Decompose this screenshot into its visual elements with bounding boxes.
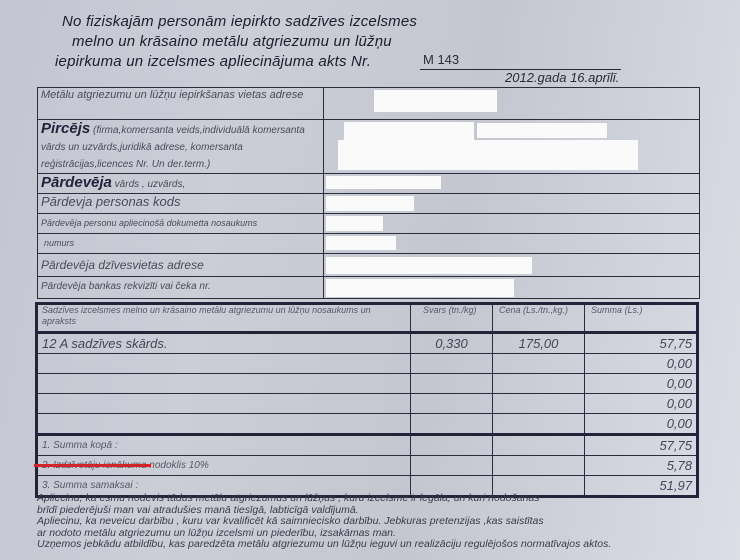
goods-row: 12 A sadzīves skārds. 0,330 175,00 57,75 <box>37 333 698 354</box>
header-sum: Summa (Ls.) <box>585 304 698 333</box>
info-row: Pārdevēja dzīvesvietas adrese <box>38 254 700 277</box>
declaration: Apliecinu, ka esmu nodevis tādus metālu … <box>37 493 737 551</box>
item-description <box>37 354 411 374</box>
item-weight <box>411 354 493 374</box>
item-description <box>37 394 411 414</box>
item-weight <box>411 374 493 394</box>
title-line: No fiziskajām personām iepirkto sadzīves… <box>40 12 440 32</box>
seller-heading: Pārdevēja <box>41 174 112 191</box>
item-description: 12 A sadzīves skārds. <box>37 333 411 354</box>
info-row: Pārdevja personas kods <box>38 194 700 214</box>
item-sum: 57,75 <box>585 333 698 354</box>
header-description: Sadzīves izcelsmes melno un krāsaino met… <box>37 304 411 333</box>
info-row: Pārdevēja vārds , uzvārds, <box>38 174 700 194</box>
item-price <box>493 354 585 374</box>
red-pen-underline <box>34 464 151 467</box>
act-number: M 143 <box>420 52 621 70</box>
title-line: iepirkuma un izcelsmes apliecinājuma akt… <box>40 52 440 72</box>
info-label: Pārdevēja personu apliecinošā dokumetta … <box>38 214 324 234</box>
info-value-redacted <box>324 254 700 277</box>
info-label: Pircējs (firma,komersanta veids,individu… <box>38 120 324 174</box>
item-description <box>37 414 411 435</box>
info-value-redacted <box>324 174 700 194</box>
goods-row: 0,00 <box>37 354 698 374</box>
info-value-redacted <box>324 214 700 234</box>
info-value-redacted <box>324 234 700 254</box>
item-sum: 0,00 <box>585 414 698 435</box>
goods-row: 0,00 <box>37 394 698 414</box>
goods-table: Sadzīves izcelsmes melno un krāsaino met… <box>35 302 699 498</box>
info-label: Metālu atgriezumu un lūžņu iepirkšanas v… <box>38 88 324 120</box>
goods-row: 0,00 <box>37 374 698 394</box>
declaration-line: Uzņemos jebkādu atbildību, kas paredzēta… <box>37 539 737 551</box>
header-weight: Svars (tn./kg) <box>411 304 493 333</box>
item-sum: 0,00 <box>585 394 698 414</box>
total-row: 1. Summa kopā : 57,75 <box>37 435 698 456</box>
item-price <box>493 374 585 394</box>
item-weight <box>411 394 493 414</box>
item-price <box>493 414 585 435</box>
empty-cell <box>493 456 585 476</box>
seller-name-label: vārds , uzvārds, <box>115 179 186 190</box>
buyer-heading: Pircējs <box>41 120 90 137</box>
total-sum: 57,75 <box>585 435 698 456</box>
item-weight <box>411 414 493 435</box>
goods-header-row: Sadzīves izcelsmes melno un krāsaino met… <box>37 304 698 333</box>
info-label: Pārdevēja dzīvesvietas adrese <box>38 254 324 277</box>
info-row: Metālu atgriezumu un lūžņu iepirkšanas v… <box>38 88 700 120</box>
item-price: 175,00 <box>493 333 585 354</box>
act-date: 2012.gada 16.aprīlī. <box>505 70 619 85</box>
info-row: Pārdevēja personu apliecinošā dokumetta … <box>38 214 700 234</box>
info-label: numurs <box>38 234 324 254</box>
info-row: numurs <box>38 234 700 254</box>
header-price: Cena (Ls./tn.,kg.) <box>493 304 585 333</box>
empty-cell <box>411 456 493 476</box>
goods-row: 0,00 <box>37 414 698 435</box>
item-sum: 0,00 <box>585 374 698 394</box>
info-value-redacted <box>324 194 700 214</box>
item-weight: 0,330 <box>411 333 493 354</box>
info-label: Pārdevēja bankas rekvizīti vai čeka nr. <box>38 277 324 299</box>
info-value-redacted <box>324 277 700 299</box>
title-line: melno un krāsaino metālu atgriezumu un l… <box>40 32 440 52</box>
item-description <box>37 374 411 394</box>
info-value-redacted <box>324 120 700 174</box>
item-price <box>493 394 585 414</box>
info-row: Pārdevēja bankas rekvizīti vai čeka nr. <box>38 277 700 299</box>
empty-cell <box>411 435 493 456</box>
declaration-line: Apliecinu, ka neveicu darbību , kuru var… <box>37 516 737 528</box>
declaration-line: Apliecinu, ka esmu nodevis tādus metālu … <box>37 493 737 505</box>
info-row: Pircējs (firma,komersanta veids,individu… <box>38 120 700 174</box>
item-sum: 0,00 <box>585 354 698 374</box>
tax-sum: 5,78 <box>585 456 698 476</box>
info-value-redacted <box>324 88 700 120</box>
document-title: No fiziskajām personām iepirkto sadzīves… <box>40 12 440 72</box>
empty-cell <box>493 435 585 456</box>
info-label: Pārdevja personas kods <box>38 194 324 214</box>
info-label: Pārdevēja vārds , uzvārds, <box>38 174 324 194</box>
info-table: Metālu atgriezumu un lūžņu iepirkšanas v… <box>37 87 700 299</box>
total-label: 1. Summa kopā : <box>37 435 411 456</box>
